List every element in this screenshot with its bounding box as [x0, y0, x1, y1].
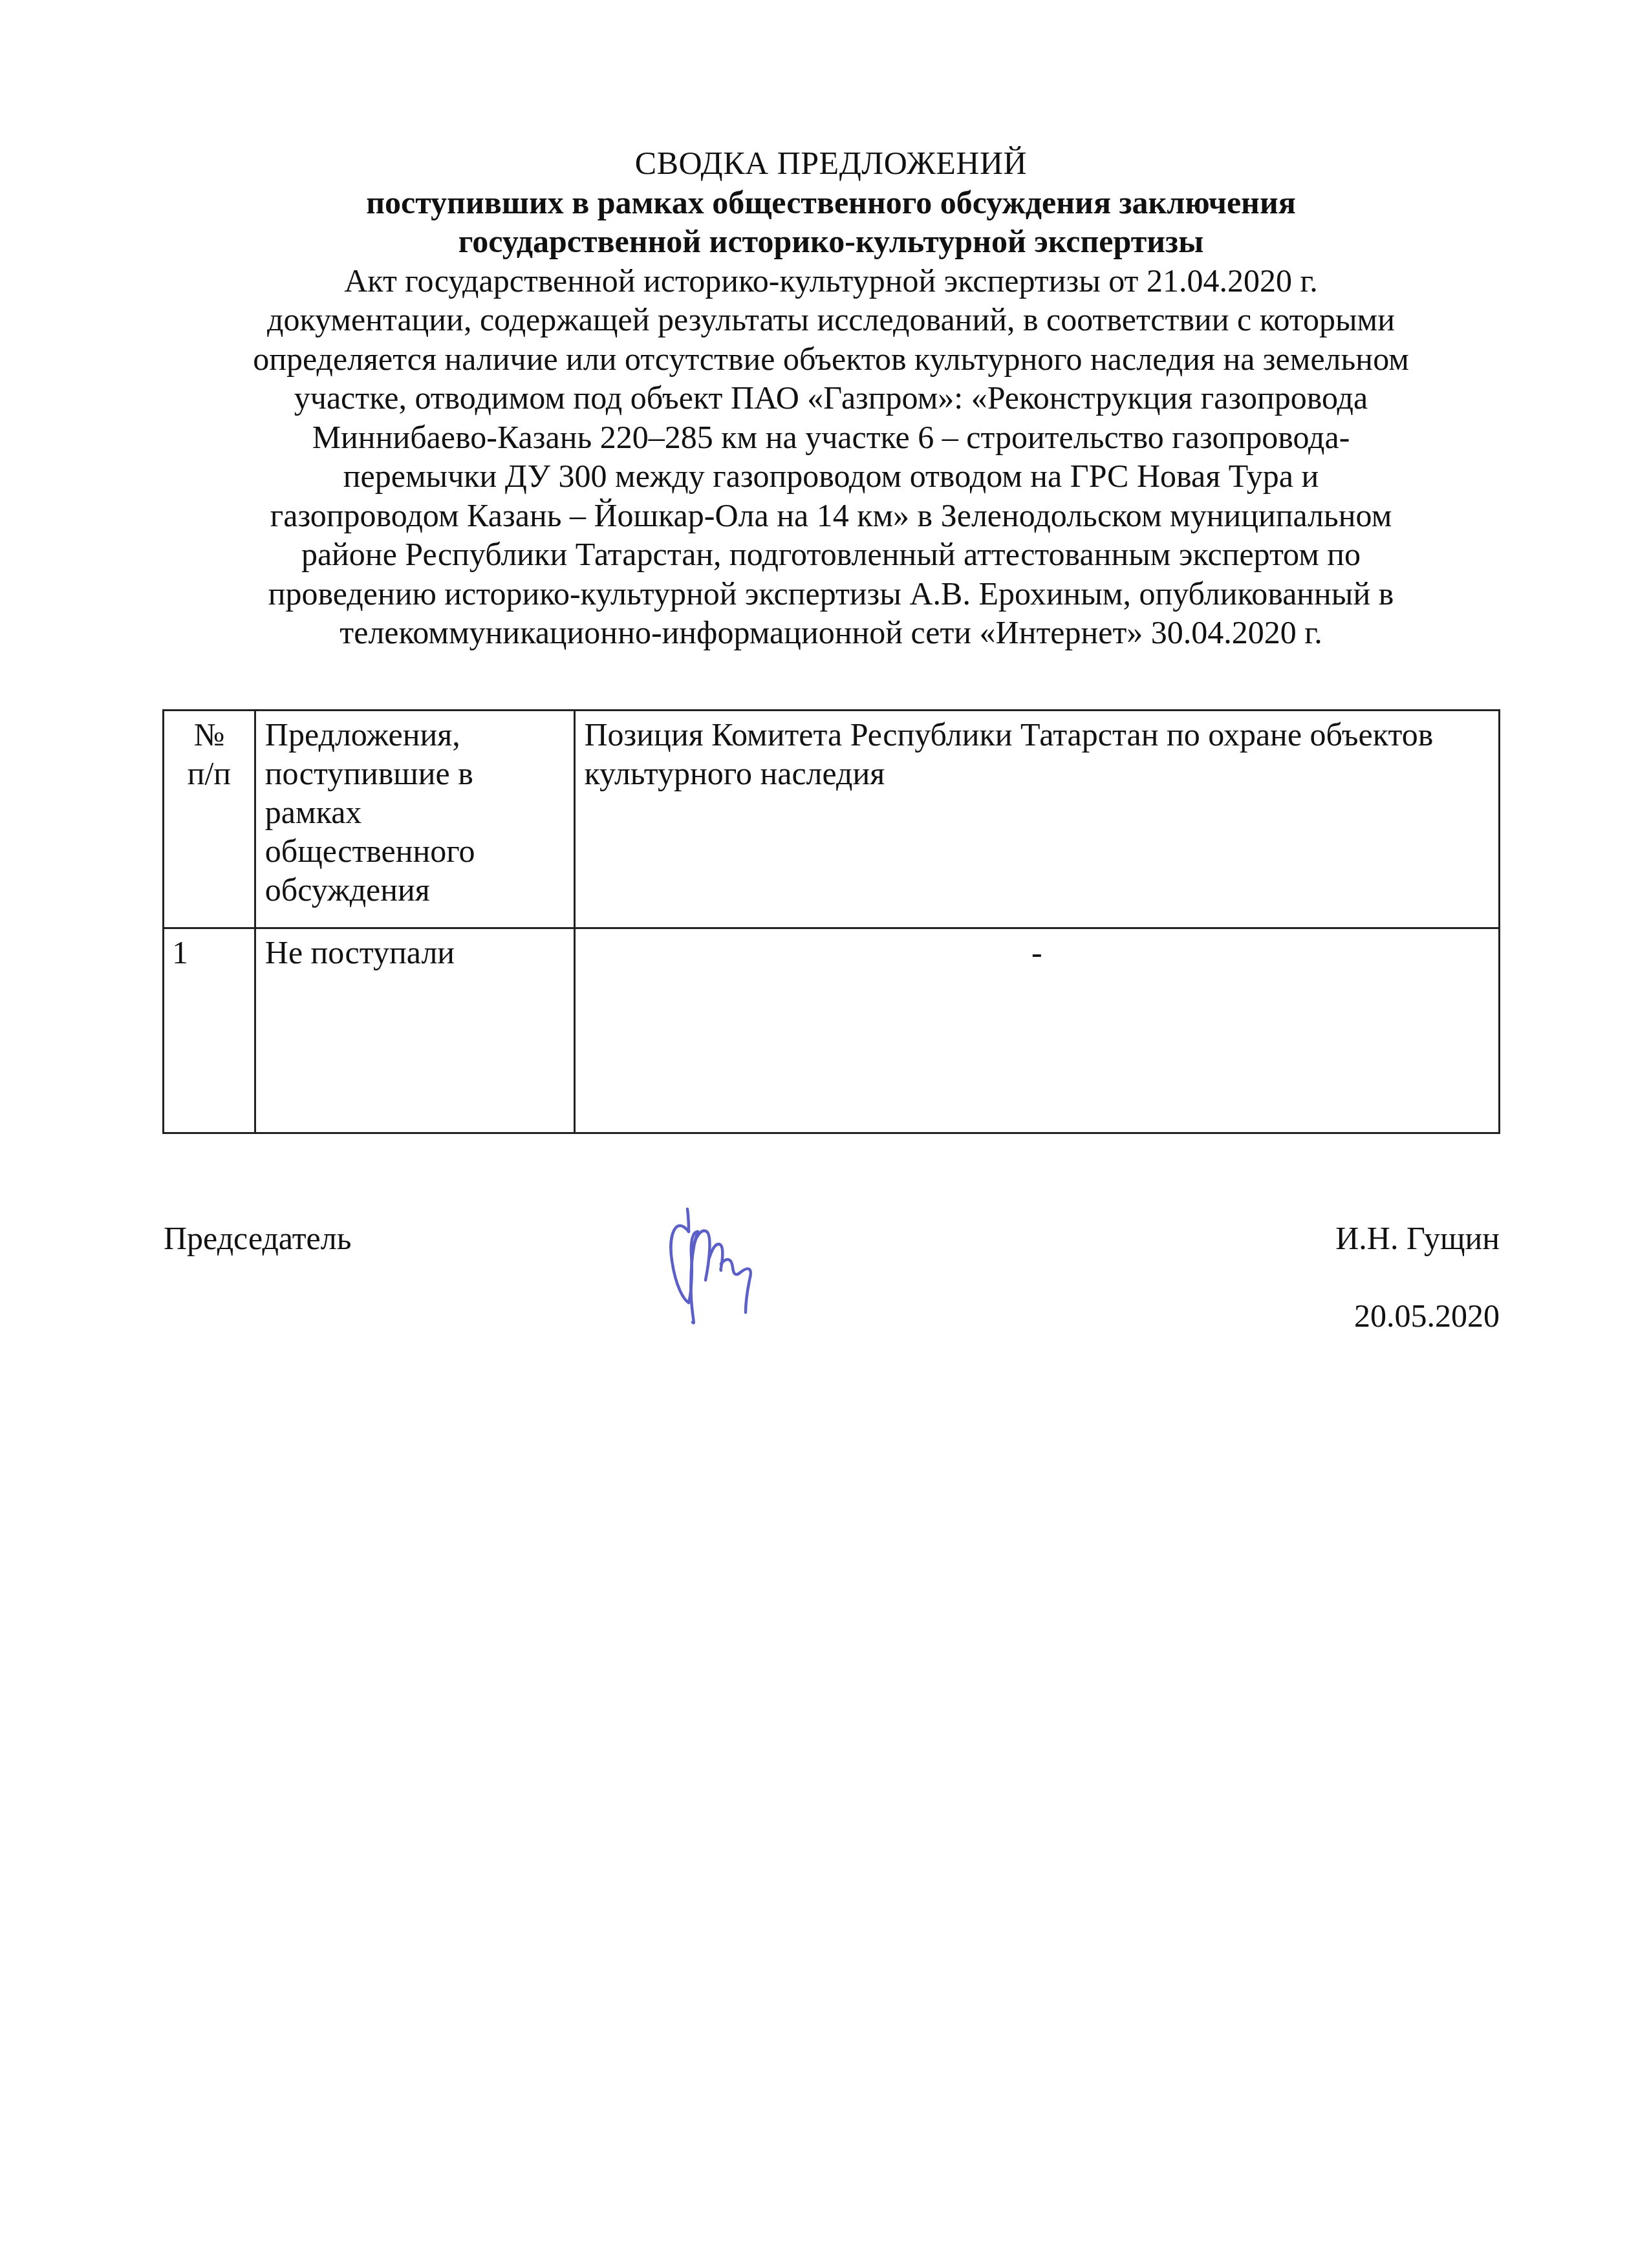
header-number-sign: №: [167, 715, 252, 754]
header-proposals: Предложения, поступившие в рамках общест…: [255, 711, 574, 928]
body-line: документации, содержащей результаты иссл…: [162, 300, 1500, 339]
table-row: 1 Не поступали -: [164, 928, 1500, 1133]
body-line: районе Республики Татарстан, подготовлен…: [162, 535, 1500, 574]
body-line: Миннибаево-Казань 220–285 км на участке …: [162, 418, 1500, 457]
signature-date: 20.05.2020: [1354, 1296, 1500, 1335]
document-page: СВОДКА ПРЕДЛОЖЕНИЙ поступивших в рамках …: [0, 0, 1649, 2268]
body-line: определяется наличие или отсутствие объе…: [162, 339, 1500, 379]
header-number-abbr: п/п: [167, 754, 252, 793]
document-header: СВОДКА ПРЕДЛОЖЕНИЙ поступивших в рамках …: [162, 144, 1500, 652]
document-title: СВОДКА ПРЕДЛОЖЕНИЙ: [162, 144, 1500, 183]
document-subtitle-line-1: поступивших в рамках общественного обсуж…: [162, 183, 1500, 222]
body-line: Акт государственной историко-культурной …: [162, 261, 1500, 301]
header-committee-position: Позиция Комитета Республики Татарстан по…: [574, 711, 1500, 928]
body-line: газопроводом Казань – Йошкар-Ола на 14 к…: [162, 496, 1500, 535]
body-line: участке, отводимом под объект ПАО «Газпр…: [162, 378, 1500, 418]
signatory-role: Председатель: [164, 1219, 352, 1257]
proposals-table: № п/п Предложения, поступившие в рамках …: [162, 709, 1500, 1134]
table-header-row: № п/п Предложения, поступившие в рамках …: [164, 711, 1500, 928]
header-number: № п/п: [164, 711, 255, 928]
handwritten-signature-icon: [669, 1196, 850, 1332]
row-number: 1: [164, 928, 255, 1133]
body-line: проведению историко-культурной экспертиз…: [162, 574, 1500, 614]
document-subtitle-line-2: государственной историко-культурной эксп…: [162, 222, 1500, 261]
row-position: -: [574, 928, 1500, 1133]
body-line: перемычки ДУ 300 между газопроводом отво…: [162, 456, 1500, 496]
row-proposal: Не поступали: [255, 928, 574, 1133]
signatory-name: И.Н. Гущин: [1335, 1219, 1500, 1257]
body-line: телекоммуникационно-информационной сети …: [162, 613, 1500, 652]
